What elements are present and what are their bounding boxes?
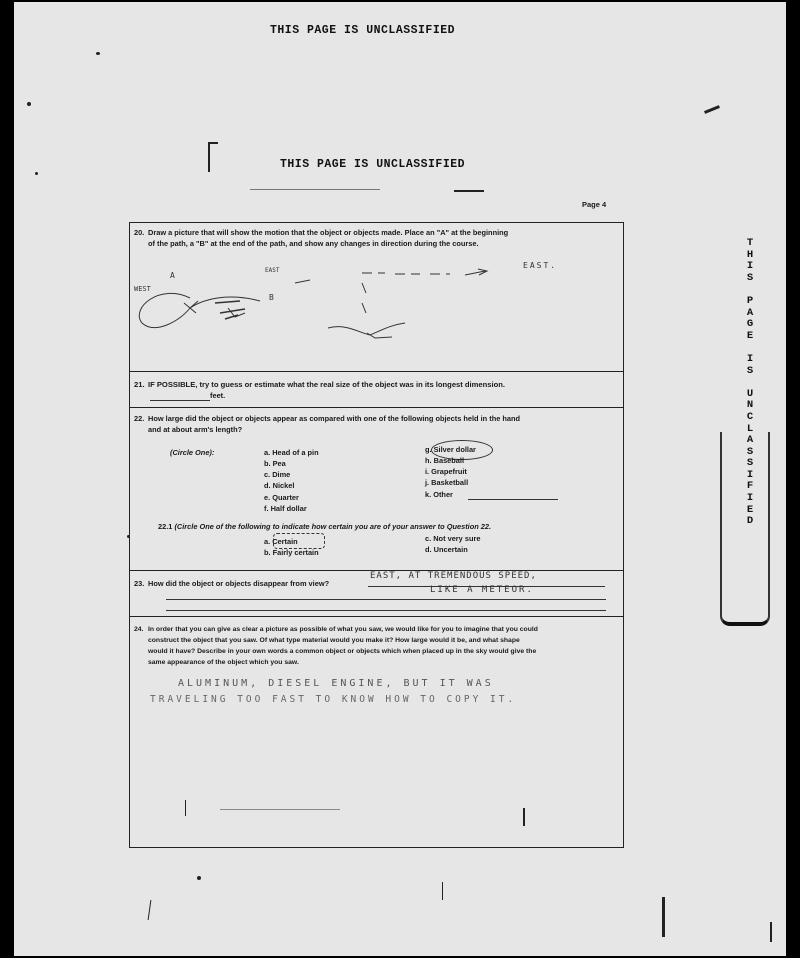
scan-mark <box>442 882 443 900</box>
question-number: 22. <box>134 413 148 424</box>
scan-speck <box>27 102 31 106</box>
scan-mark <box>523 808 525 826</box>
question-20-line1: 20.Draw a picture that will show the mot… <box>134 227 508 238</box>
size-option-k[interactable]: k. Other <box>425 490 453 499</box>
size-option-d[interactable]: d. Nickel <box>264 481 294 490</box>
size-option-a[interactable]: a. Head of a pin <box>264 448 319 457</box>
question-number: 20. <box>134 227 148 238</box>
question-24-section: 24.In order that you can give as clear a… <box>130 616 623 846</box>
disappearance-answer-line2: LIKE A METEOR. <box>430 585 534 595</box>
question-20-line2: of the path, a "B" at the end of the pat… <box>134 238 479 249</box>
question-24-line4: same appearance of the object which you … <box>134 657 299 668</box>
scan-mark <box>454 190 484 192</box>
motion-sketch <box>130 253 623 368</box>
scan-mark <box>148 900 152 920</box>
size-option-i[interactable]: i. Grapefruit <box>425 467 467 476</box>
scan-mark <box>770 922 772 942</box>
size-option-b[interactable]: b. Pea <box>264 459 286 468</box>
other-answer-field[interactable] <box>468 499 558 500</box>
question-21-section: 21.IF POSSIBLE, try to guess or estimate… <box>130 371 623 408</box>
certainty-option-b[interactable]: b. Fairly certain <box>264 548 319 557</box>
size-option-e[interactable]: e. Quarter <box>264 493 299 502</box>
banner-letter: C <box>744 412 756 424</box>
construction-answer-line1: ALUMINUM, DIESEL ENGINE, BUT IT WAS <box>178 678 494 689</box>
banner-letter: D <box>744 516 756 528</box>
certainty-option-d[interactable]: d. Uncertain <box>425 545 468 554</box>
selection-circle <box>273 533 325 549</box>
classification-banner-second: THIS PAGE IS UNCLASSIFIED <box>280 158 465 171</box>
size-option-c[interactable]: c. Dime <box>264 470 290 479</box>
sketch-label-west: WEST <box>134 285 151 293</box>
question-text: Draw a picture that will show the motion… <box>148 228 508 237</box>
answer-line <box>166 610 606 611</box>
banner-letter: I <box>744 354 756 366</box>
question-21-text: 21.IF POSSIBLE, try to guess or estimate… <box>134 379 505 390</box>
page-number: Page 4 <box>582 200 606 209</box>
question-text: How did the object or objects disappear … <box>148 579 329 588</box>
question-22-1-text: 22.1 (Circle One of the following to ind… <box>158 521 491 532</box>
scan-mark <box>704 105 720 114</box>
question-23-section: 23.How did the object or objects disappe… <box>130 570 623 617</box>
questionnaire-form: 20.Draw a picture that will show the mot… <box>129 222 624 848</box>
scanned-page: THIS PAGE IS UNCLASSIFIED THIS PAGE IS U… <box>14 2 786 956</box>
question-24-line1: 24.In order that you can give as clear a… <box>134 624 538 635</box>
question-24-line3: would it have? Describe in your own word… <box>134 646 536 657</box>
question-text: IF POSSIBLE, try to guess or estimate wh… <box>148 380 505 389</box>
question-24-line2: construct the object that you saw. Of wh… <box>134 635 520 646</box>
scan-mark <box>208 142 218 144</box>
scan-border-left <box>0 0 14 958</box>
scan-speck <box>197 876 201 880</box>
size-option-j[interactable]: j. Basketball <box>425 478 468 487</box>
banner-gap <box>744 377 756 389</box>
scan-speck <box>35 172 38 175</box>
disappearance-answer-line1: EAST, AT TREMENDOUS SPEED, <box>370 571 537 581</box>
question-number: 21. <box>134 379 148 390</box>
scan-mark <box>220 809 340 810</box>
sketch-label-b: B <box>269 293 276 302</box>
scan-mark <box>250 189 380 190</box>
question-number: 22.1 <box>158 522 172 531</box>
sketch-label-east-small: EAST <box>265 267 279 274</box>
size-option-f[interactable]: f. Half dollar <box>264 504 307 513</box>
scan-mark <box>185 800 186 816</box>
question-22-line1: 22.How large did the object or objects a… <box>134 413 520 424</box>
sketch-label-a: A <box>170 271 177 280</box>
classification-banner-vertical: T H I S P A G E I S U N C L A S S I F I … <box>744 238 756 528</box>
banner-letter: G <box>744 319 756 331</box>
question-22-line2: and at about arm's length? <box>134 424 242 435</box>
sketch-label-east: EAST. <box>523 261 557 270</box>
question-number: 24. <box>134 624 148 635</box>
size-unit-label: feet. <box>210 390 225 401</box>
size-option-h[interactable]: h. Baseball <box>425 456 464 465</box>
circle-one-instruction: (Circle One): <box>170 447 214 458</box>
question-text: (Circle One of the following to indicate… <box>174 522 491 531</box>
classification-banner-top: THIS PAGE IS UNCLASSIFIED <box>270 24 455 37</box>
question-number: 23. <box>134 578 148 589</box>
scan-mark <box>208 142 210 172</box>
answer-line <box>166 599 606 600</box>
banner-letter: A <box>744 435 756 447</box>
banner-letter: I <box>744 493 756 505</box>
size-answer-field[interactable] <box>150 400 210 401</box>
question-text: How large did the object or objects appe… <box>148 414 520 423</box>
scan-mark <box>662 897 665 937</box>
question-20-section: 20.Draw a picture that will show the mot… <box>130 223 623 372</box>
banner-letter: P <box>744 296 756 308</box>
construction-answer-line2: TRAVELING TOO FAST TO KNOW HOW TO COPY I… <box>150 694 516 705</box>
scan-speck <box>96 52 100 55</box>
question-22-section: 22.How large did the object or objects a… <box>130 407 623 571</box>
certainty-option-c[interactable]: c. Not very sure <box>425 534 480 543</box>
banner-letter: T <box>744 238 756 250</box>
question-text: In order that you can give as clear a pi… <box>148 626 538 633</box>
question-23-text: 23.How did the object or objects disappe… <box>134 578 329 589</box>
